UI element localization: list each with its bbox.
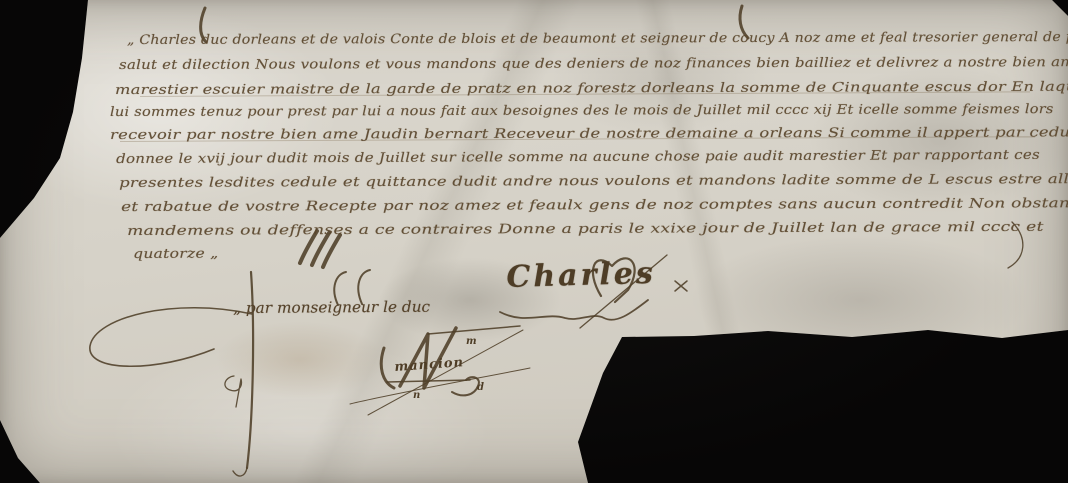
photo-stage: „ Charles duc dorleans et de valois Cont… xyxy=(0,0,1068,483)
parchment xyxy=(0,0,1068,483)
